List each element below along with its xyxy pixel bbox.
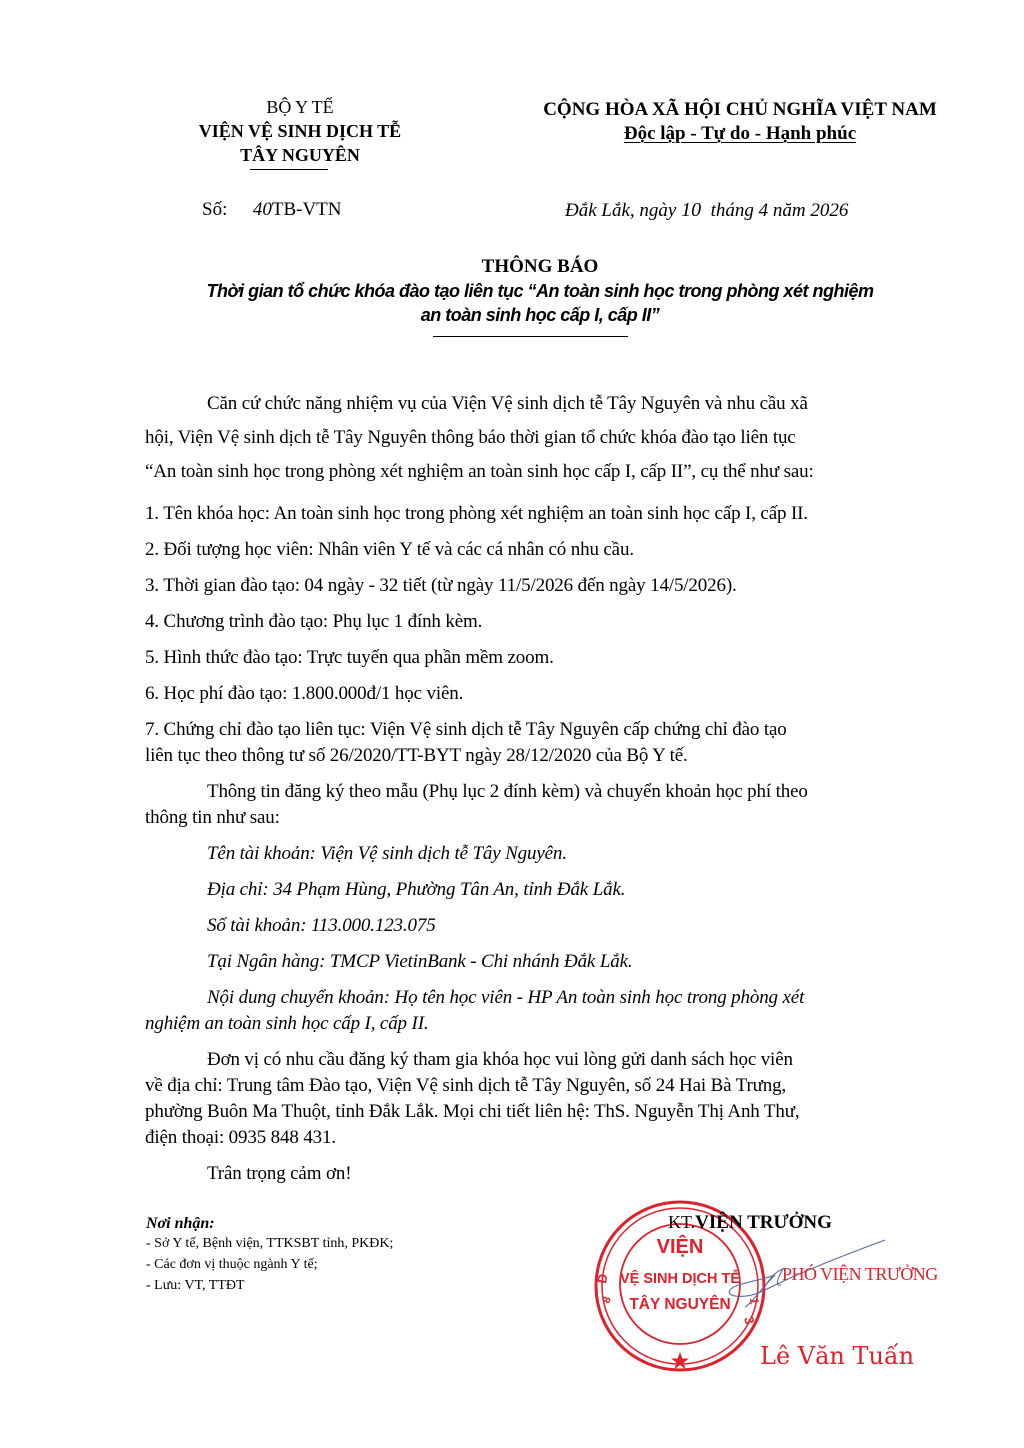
date-prefix: Đắk Lắk, ngày xyxy=(565,200,676,221)
list-item: 5. Hình thức đào tạo: Trực tuyến qua phầ… xyxy=(145,647,554,669)
institute-name-line1: VIỆN VỆ SINH DỊCH TỄ xyxy=(150,120,450,142)
svg-text:8: 8 xyxy=(601,1295,614,1305)
svg-text:Đ: Đ xyxy=(594,1273,610,1285)
title-divider xyxy=(433,336,628,337)
doc-number-value: 40 xyxy=(253,199,272,220)
bank-address: Địa chỉ: 34 Phạm Hùng, Phường Tân An, tỉ… xyxy=(207,879,625,901)
ministry-name: BỘ Y TẾ xyxy=(150,96,450,118)
list-item: 1. Tên khóa học: An toàn sinh học trong … xyxy=(145,503,808,525)
recipients-label: Nơi nhận: xyxy=(146,1215,215,1233)
closing-text: Trân trọng cảm ơn! xyxy=(207,1163,351,1185)
bank-account-name: Tên tài khoản: Viện Vệ sinh dịch tễ Tây … xyxy=(207,843,567,865)
registration-line2: thông tin như sau: xyxy=(145,807,280,829)
nation-name: CỘNG HÒA XÃ HỘI CHỦ NGHĨA VIỆT NAM xyxy=(500,99,980,121)
signer-name: Lê Văn Tuấn xyxy=(760,1342,914,1370)
intro-line2: hội, Viện Vệ sinh dịch tễ Tây Nguyên thô… xyxy=(145,427,796,449)
list-item: 3. Thời gian đào tạo: 04 ngày - 32 tiết … xyxy=(145,575,737,597)
date-suffix: tháng 4 năm 2026 xyxy=(711,200,849,221)
contact-line3: phường Buôn Ma Thuột, tỉnh Đắk Lắk. Mọi … xyxy=(145,1101,799,1123)
intro-line3: “An toàn sinh học trong phòng xét nghiệm… xyxy=(145,461,814,483)
registration-line1: Thông tin đăng ký theo mẫu (Phụ lục 2 đí… xyxy=(207,781,808,803)
list-item: 2. Đối tượng học viên: Nhân viên Y tế và… xyxy=(145,539,634,561)
recipient-item: - Các đơn vị thuộc ngành Y tế; xyxy=(146,1257,318,1273)
issue-date: Đắk Lắk, ngày 10 tháng 4 năm 2026 xyxy=(565,199,848,222)
svg-text:VIỆN: VIỆN xyxy=(657,1234,704,1258)
notice-heading: THÔNG BÁO xyxy=(140,256,940,278)
signer-title: KT.VIỆN TRƯỞNG xyxy=(668,1212,832,1234)
header-left-divider xyxy=(250,169,328,170)
transfer-content-line1: Nội dung chuyển khoản: Họ tên học viên -… xyxy=(207,987,804,1009)
doc-number-label: Số: xyxy=(202,199,227,220)
notice-subtitle-line1: Thời gian tổ chức khóa đào tạo liên tục … xyxy=(140,281,940,302)
bank-account-number: Số tài khoản: 113.000.123.075 xyxy=(207,915,436,937)
doc-number: Số: 40TB-VTN xyxy=(202,199,342,221)
institute-name-line2: TÂY NGUYÊN xyxy=(150,144,450,166)
date-day: 10 xyxy=(681,199,701,221)
contact-line1: Đơn vị có nhu cầu đăng ký tham gia khóa … xyxy=(207,1049,793,1071)
bank-name: Tại Ngân hàng: TMCP VietinBank - Chi nhá… xyxy=(207,951,632,973)
intro-line1: Căn cứ chức năng nhiệm vụ của Viện Vệ si… xyxy=(207,393,808,415)
contact-line2: về địa chỉ: Trung tâm Đào tạo, Viện Vệ s… xyxy=(145,1075,786,1097)
recipient-item: - Sở Y tế, Bệnh viện, TTKSBT tỉnh, PKĐK; xyxy=(146,1236,393,1252)
deputy-director-title: PHÓ VIỆN TRƯỞNG xyxy=(782,1264,938,1285)
nation-motto: Độc lập - Tự do - Hạnh phúc xyxy=(500,123,980,145)
doc-number-suffix: TB-VTN xyxy=(272,199,342,220)
contact-line4: điện thoại: 0935 848 431. xyxy=(145,1127,336,1149)
list-item: 4. Chương trình đào tạo: Phụ lục 1 đính … xyxy=(145,611,482,633)
notice-subtitle-line2: an toàn sinh học cấp I, cấp II” xyxy=(140,305,940,326)
director-title: VIỆN TRƯỞNG xyxy=(695,1212,832,1233)
list-item-7-line2: liên tục theo thông tư số 26/2020/TT-BYT… xyxy=(145,745,688,767)
recipient-item: - Lưu: VT, TTĐT xyxy=(146,1278,245,1294)
list-item: 6. Học phí đào tạo: 1.800.000đ/1 học viê… xyxy=(145,683,463,705)
list-item-7-line1: 7. Chứng chỉ đào tạo liên tục: Viện Vệ s… xyxy=(145,719,787,741)
transfer-content-line2: nghiệm an toàn sinh học cấp I, cấp II. xyxy=(145,1013,428,1035)
on-behalf-prefix: KT. xyxy=(668,1212,695,1232)
